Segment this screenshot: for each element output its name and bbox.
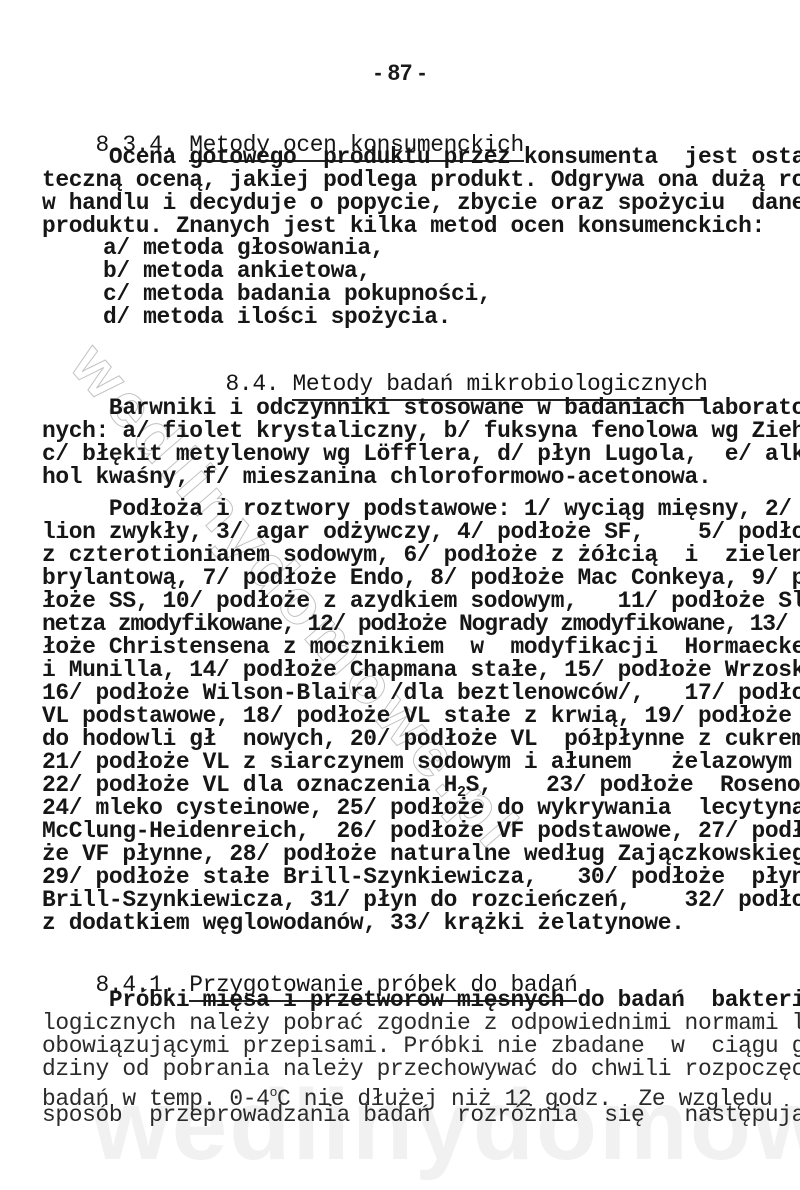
paragraph-line: do hodowli gł nowych, 20/ podłoże VL pół… bbox=[42, 728, 800, 751]
paragraph-line: łoże SS, 10/ podłoże z azydkiem sodowym,… bbox=[42, 590, 800, 613]
list-item: a/ metoda głosowania, bbox=[103, 237, 384, 260]
list-item: d/ metoda ilości spożycia. bbox=[103, 306, 451, 329]
paragraph-line: Barwniki i odczynniki stosowane w badani… bbox=[42, 397, 800, 420]
page-number: - 87 - bbox=[0, 60, 800, 86]
paragraph-line: logicznych należy pobrać zgodnie z odpow… bbox=[42, 1012, 800, 1035]
paragraph-line: łoże Christensena z mocznikiem w modyfik… bbox=[42, 636, 800, 659]
paragraph-line: Ocena gotowego produktu przez konsumenta… bbox=[42, 146, 800, 169]
list-item: c/ metoda badania pokupności, bbox=[103, 283, 491, 306]
paragraph-line: McClung-Heidenreich, 26/ podłoże VF pods… bbox=[42, 820, 800, 843]
paragraph-line: sposób przeprowadzania badań rozróżnia s… bbox=[42, 1104, 800, 1127]
paragraph-line: w handlu i decyduje o popycie, zbycie or… bbox=[42, 192, 800, 215]
list-item: b/ metoda ankietowa, bbox=[103, 260, 371, 283]
paragraph-line: obowiązującymi przepisami. Próbki nie zb… bbox=[42, 1035, 800, 1058]
paragraph-line: c/ błękit metylenowy wg Löfflera, d/ pły… bbox=[42, 443, 800, 466]
paragraph-line: lion zwykły, 3/ agar odżywczy, 4/ podłoż… bbox=[42, 521, 800, 544]
document-page: wedlinydomowe.pl wedlinydomowe.pl - 87 -… bbox=[0, 0, 800, 1190]
paragraph-line: Próbki mięsa i przetworów mięsnych do ba… bbox=[42, 989, 800, 1012]
paragraph-line: nych: a/ fiolet krystaliczny, b/ fuksyna… bbox=[42, 420, 800, 443]
paragraph-line: 21/ podłoże VL z siarczynem sodowym i ał… bbox=[42, 751, 800, 774]
paragraph-line: Brill-Szynkiewicza, 31/ płyn do rozcieńc… bbox=[42, 889, 800, 912]
paragraph-line: 24/ mleko cysteinowe, 25/ podłoże do wyk… bbox=[42, 797, 800, 820]
paragraph-line: teczną oceną, jakiej podlega produkt. Od… bbox=[42, 169, 800, 192]
section-number: 8.4. bbox=[226, 371, 280, 397]
paragraph-line: dziny od pobrania należy przechowywać do… bbox=[42, 1058, 800, 1081]
degree-superscript: o bbox=[270, 1085, 277, 1100]
paragraph-line: i Munilla, 14/ podłoże Chapmana stałe, 1… bbox=[42, 659, 800, 682]
paragraph-line: Podłoża i roztwory podstawowe: 1/ wyciąg… bbox=[42, 498, 800, 521]
paragraph-line: 16/ podłoże Wilson-Blaira /dla beztlenow… bbox=[42, 682, 800, 705]
paragraph-line: hol kwaśny, f/ mieszanina chloroformowo-… bbox=[42, 466, 711, 489]
paragraph-line: z dodatkiem węglowodanów, 33/ krążki żel… bbox=[42, 912, 685, 935]
paragraph-line: brylantową, 7/ podłoże Endo, 8/ podłoże … bbox=[42, 567, 800, 590]
paragraph-line: netza zmodyfikowane, 12/ podłoże Nogrady… bbox=[42, 613, 800, 636]
paragraph-line: z czterotionianem sodowym, 6/ podłoże z … bbox=[42, 544, 800, 567]
paragraph-line: VL podstawowe, 18/ podłoże VL stałe z kr… bbox=[42, 705, 800, 728]
paragraph-line: że VF płynne, 28/ podłoże naturalne wedł… bbox=[42, 843, 800, 866]
paragraph-line: 29/ podłoże stałe Brill-Szynkiewicza, 30… bbox=[42, 866, 800, 889]
